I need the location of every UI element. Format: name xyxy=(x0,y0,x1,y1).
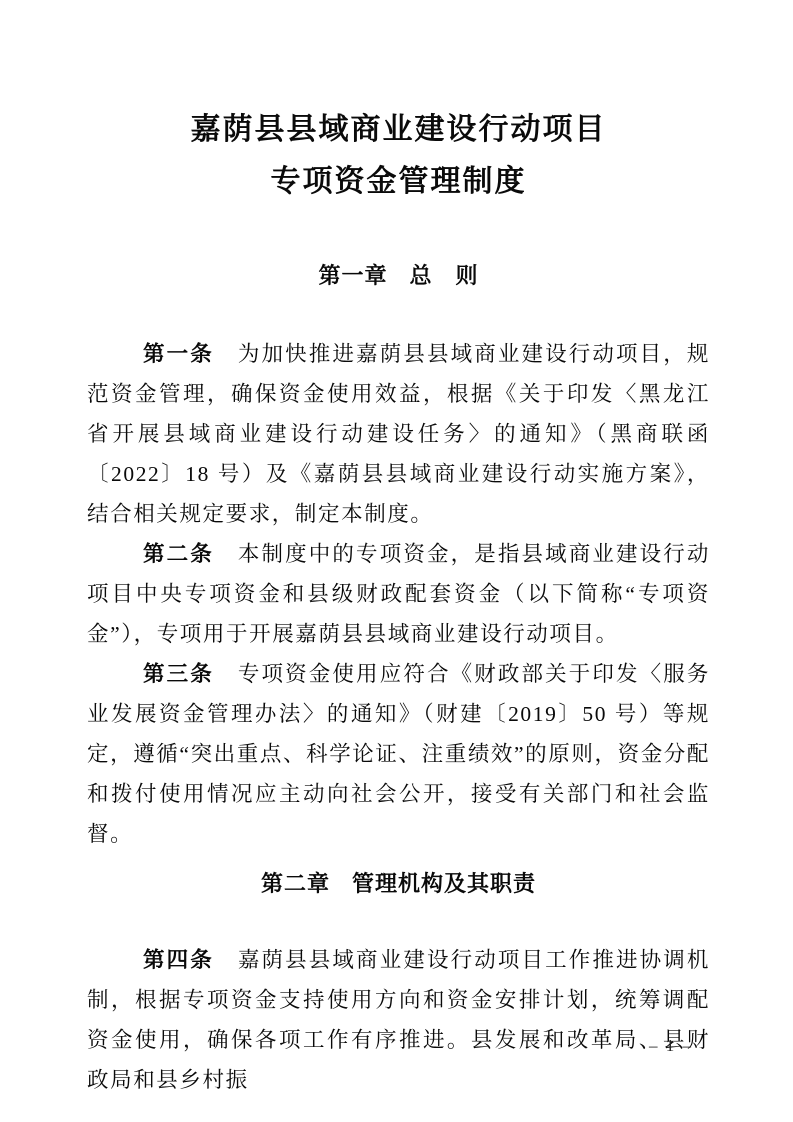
chapter-1-number: 第一章 xyxy=(318,263,387,288)
article-3-text: 专项资金使用应符合《财政部关于印发〈服务业发展资金管理办法〉的通知》（财建〔20… xyxy=(87,662,710,846)
document-page: 嘉荫县县域商业建设行动项目 专项资金管理制度 第一章总 则 第一条为加快推进嘉荫… xyxy=(0,0,793,1122)
article-3: 第三条专项资金使用应符合《财政部关于印发〈服务业发展资金管理办法〉的通知》（财建… xyxy=(87,654,710,854)
article-1-label: 第一条 xyxy=(143,342,214,366)
article-2-label: 第二条 xyxy=(143,542,214,566)
document-title-line-2: 专项资金管理制度 xyxy=(87,156,710,208)
article-4-label: 第四条 xyxy=(143,948,214,972)
article-4: 第四条嘉荫县县域商业建设行动项目工作推进协调机制，根据专项资金支持使用方向和资金… xyxy=(87,940,710,1100)
page-number: – 1 – xyxy=(649,1036,693,1056)
chapter-2-number: 第二章 xyxy=(261,871,330,896)
chapter-2-title: 管理机构及其职责 xyxy=(352,871,536,896)
document-title: 嘉荫县县域商业建设行动项目 专项资金管理制度 xyxy=(87,0,710,208)
chapter-1-heading: 第一章总 则 xyxy=(87,262,710,290)
article-1: 第一条为加快推进嘉荫县县域商业建设行动项目，规范资金管理，确保资金使用效益，根据… xyxy=(87,334,710,534)
article-2: 第二条本制度中的专项资金，是指县域商业建设行动项目中央专项资金和县级财政配套资金… xyxy=(87,534,710,654)
article-3-label: 第三条 xyxy=(143,662,214,686)
chapter-2-heading: 第二章管理机构及其职责 xyxy=(87,870,710,898)
chapter-1-title: 总 则 xyxy=(410,263,479,288)
document-title-line-1: 嘉荫县县域商业建设行动项目 xyxy=(87,104,710,156)
article-1-text: 为加快推进嘉荫县县域商业建设行动项目，规范资金管理，确保资金使用效益，根据《关于… xyxy=(87,342,710,526)
